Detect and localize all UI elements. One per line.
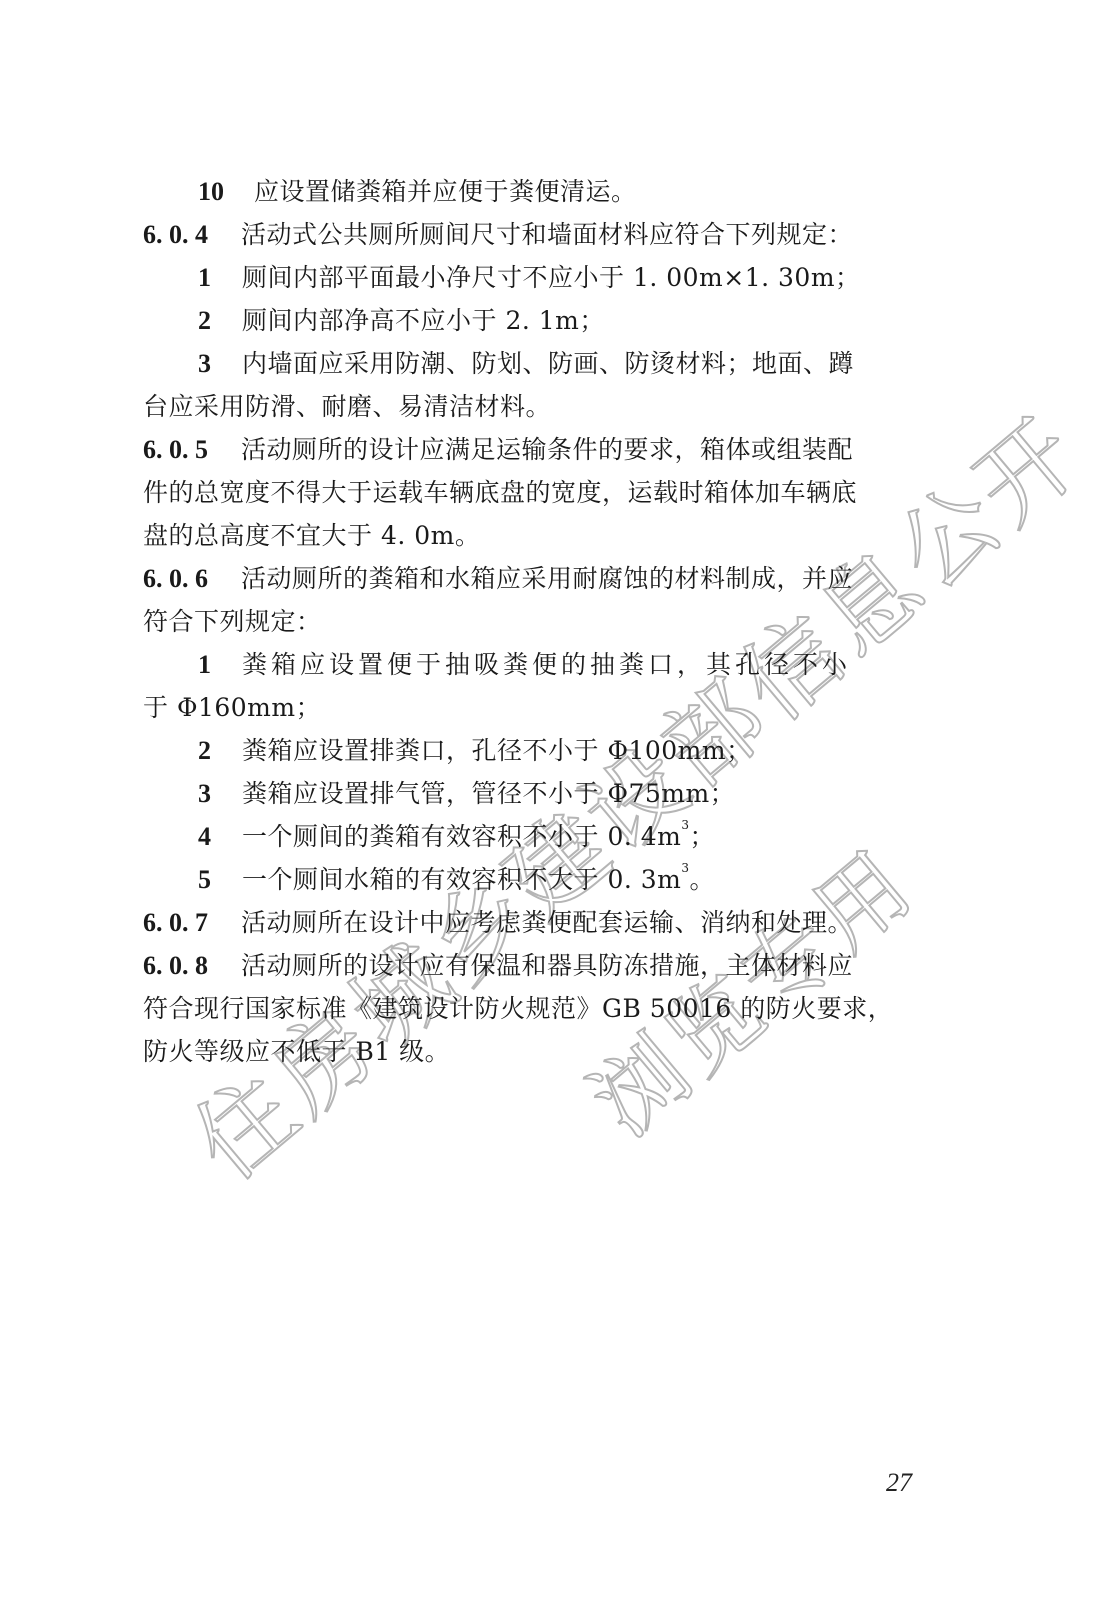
document-body: 10应设置储粪箱并应便于粪便清运。 6. 0. 4活动式公共厕所厕间尺寸和墙面材… [143,170,943,1073]
superscript-cubed: 3 [681,861,689,875]
item-number: 5 [198,858,242,901]
item-line: 2厕间内部净高不应小于 2. 1m； [143,299,943,342]
document-page: 住房城乡建设部信息公开 浏览专用 10应设置储粪箱并应便于粪便清运。 6. 0.… [0,0,1103,1598]
item-line: 1厕间内部平面最小净尺寸不应小于 1. 00m×1. 30m； [143,256,943,299]
continuation-line: 防火等级应不低于 B1 级。 [143,1030,943,1073]
page-number: 27 [886,1468,912,1498]
continuation-line: 符合下列规定： [143,600,943,643]
item-line: 4一个厕间的粪箱有效容积不小于 0. 4m3； [143,815,943,858]
item-line: 1粪箱应设置便于抽吸粪便的抽粪口，其孔径不小 [143,643,943,686]
clause-line: 6. 0. 5活动厕所的设计应满足运输条件的要求，箱体或组装配 [143,428,943,471]
clause-text: 活动厕所的设计应满足运输条件的要求，箱体或组装配 [241,435,853,464]
continuation-text: 符合现行国家标准《建筑设计防火规范》GB 50016 的防火要求， [143,994,893,1023]
continuation-line: 件的总宽度不得大于运载车辆底盘的宽度，运载时箱体加车辆底 [143,471,943,514]
item-text: 粪箱应设置排粪口，孔径不小于 Φ100mm； [242,736,752,765]
clause-line: 6. 0. 4活动式公共厕所厕间尺寸和墙面材料应符合下列规定： [143,213,943,256]
clause-text: 活动厕所的粪箱和水箱应采用耐腐蚀的材料制成，并应 [241,564,853,593]
continuation-text: 于 Φ160mm； [143,693,321,722]
clause-text: 活动式公共厕所厕间尺寸和墙面材料应符合下列规定： [241,220,853,249]
clause-number: 6. 0. 7 [143,901,241,944]
item-number: 1 [198,643,242,686]
item-number: 4 [198,815,242,858]
item-text: 内墙面应采用防潮、防划、防画、防烫材料；地面、蹲 [242,349,854,378]
item-text: 厕间内部净高不应小于 2. 1m； [242,306,605,335]
item-line: 5一个厕间水箱的有效容积不大于 0. 3m3。 [143,858,943,901]
item-line: 2粪箱应设置排粪口，孔径不小于 Φ100mm； [143,729,943,772]
item-text: 粪箱应设置便于抽吸粪便的抽粪口，其孔径不小 [242,650,851,679]
item-number: 2 [198,299,242,342]
clause-number: 6. 0. 6 [143,557,241,600]
item-text: 一个厕间的粪箱有效容积不小于 0. 4m [242,822,681,851]
continuation-line: 盘的总高度不宜大于 4. 0m。 [143,514,943,557]
item-text: 厕间内部平面最小净尺寸不应小于 1. 00m×1. 30m； [242,263,861,292]
clause-line: 6. 0. 6活动厕所的粪箱和水箱应采用耐腐蚀的材料制成，并应 [143,557,943,600]
continuation-text: 防火等级应不低于 B1 级。 [143,1037,450,1066]
continuation-text: 盘的总高度不宜大于 4. 0m。 [143,521,480,550]
item-text: 一个厕间水箱的有效容积不大于 0. 3m [242,865,681,894]
item-text: 粪箱应设置排气管，管径不小于 Φ75mm； [242,779,735,808]
continuation-line: 于 Φ160mm； [143,686,943,729]
continuation-line: 台应采用防滑、耐磨、易清洁材料。 [143,385,943,428]
continuation-text: 符合下列规定： [143,607,322,636]
continuation-line: 符合现行国家标准《建筑设计防火规范》GB 50016 的防火要求， [143,987,943,1030]
clause-text: 活动厕所的设计应有保温和器具防冻措施，主体材料应 [241,951,853,980]
item-line: 3粪箱应设置排气管，管径不小于 Φ75mm； [143,772,943,815]
item-text: 应设置储粪箱并应便于粪便清运。 [254,177,637,206]
item-text-tail: ； [690,822,716,851]
item-number: 1 [198,256,242,299]
clause-number: 6. 0. 5 [143,428,241,471]
clause-text: 活动厕所在设计中应考虑粪便配套运输、消纳和处理。 [241,908,853,937]
item-text-tail: 。 [690,865,716,894]
superscript-cubed: 3 [681,818,689,832]
item-number: 3 [198,342,242,385]
clause-line: 6. 0. 8活动厕所的设计应有保温和器具防冻措施，主体材料应 [143,944,943,987]
continuation-text: 台应采用防滑、耐磨、易清洁材料。 [143,392,551,421]
clause-number: 6. 0. 8 [143,944,241,987]
item-line: 10应设置储粪箱并应便于粪便清运。 [143,170,943,213]
item-line: 3内墙面应采用防潮、防划、防画、防烫材料；地面、蹲 [143,342,943,385]
item-number: 3 [198,772,242,815]
clause-line: 6. 0. 7活动厕所在设计中应考虑粪便配套运输、消纳和处理。 [143,901,943,944]
item-number: 10 [198,170,254,213]
item-number: 2 [198,729,242,772]
continuation-text: 件的总宽度不得大于运载车辆底盘的宽度，运载时箱体加车辆底 [143,478,857,507]
clause-number: 6. 0. 4 [143,213,241,256]
